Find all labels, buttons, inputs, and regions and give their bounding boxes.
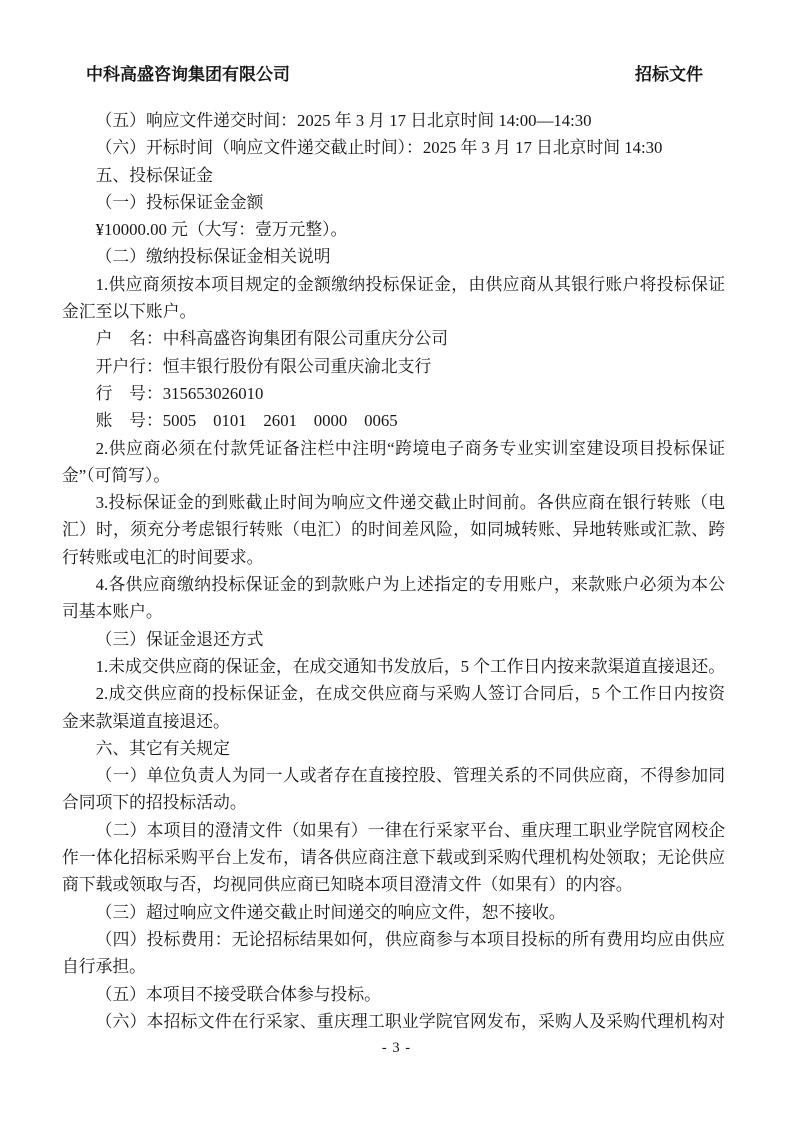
document-line: （三）超过响应文件递交截止时间递交的响应文件，恕不接收。 [62,899,725,926]
document-line: （六）开标时间（响应文件递交截止时间）：2025 年 3 月 17 日北京时间 … [62,134,725,161]
document-line: 汇）时，须充分考虑银行转账（电汇）的时间差风险，如同城转账、异地转账或汇款、跨 [62,516,725,543]
document-line: 自行承担。 [62,953,725,980]
document-line: 账 号：5005 0101 2601 0000 0065 [62,407,725,434]
document-line: 五、投标保证金 [62,162,725,189]
document-line: 行转账或电汇的时间要求。 [62,544,725,571]
document-line: 商下载或领取与否，均视同供应商已知晓本项目澄清文件（如果有）的内容。 [62,871,725,898]
document-line: （三）保证金退还方式 [62,626,725,653]
document-line: 六、其它有关规定 [62,735,725,762]
document-line: ¥10000.00 元（大写：壹万元整）。 [62,216,725,243]
document-line: （二）本项目的澄清文件（如果有）一律在行采家平台、重庆理工职业学院官网校企合 [62,817,725,844]
page-header: 中科高盛咨询集团有限公司 招标文件 [86,60,703,85]
document-line: （一）单位负责人为同一人或者存在直接控股、管理关系的不同供应商，不得参加同一 [62,762,725,789]
document-line: 1.未成交供应商的保证金，在成交通知书发放后，5 个工作日内按来款渠道直接退还。 [62,653,725,680]
document-line: 3.投标保证金的到账截止时间为响应文件递交截止时间前。各供应商在银行转账（电 [62,489,725,516]
document-line: 作一体化招标采购平台上发布，请各供应商注意下载或到采购代理机构处领取；无论供应 [62,844,725,871]
document-body: （五）响应文件递交时间：2025 年 3 月 17 日北京时间 14:00—14… [62,107,725,1035]
document-line: 司基本账户。 [62,598,725,625]
document-line: （二）缴纳投标保证金相关说明 [62,243,725,270]
document-line: 开户行：恒丰银行股份有限公司重庆渝北支行 [62,353,725,380]
document-line: 2.供应商必须在付款凭证备注栏中注明“跨境电子商务专业实训室建设项目投标保证 [62,435,725,462]
header-company-name: 中科高盛咨询集团有限公司 [86,60,290,85]
document-page: 中科高盛咨询集团有限公司 招标文件 （五）响应文件递交时间：2025 年 3 月… [0,0,793,1122]
document-line: 金汇至以下账户。 [62,298,725,325]
page-footer: - 3 - [0,1040,793,1057]
document-line: （四）投标费用：无论招标结果如何，供应商参与本项目投标的所有费用均应由供应商 [62,926,725,953]
document-line: 金来款渠道直接退还。 [62,708,725,735]
header-doc-type: 招标文件 [635,60,703,85]
document-line: 行 号：315653026010 [62,380,725,407]
document-line: （六）本招标文件在行采家、重庆理工职业学院官网发布，采购人及采购代理机构对任 [62,1008,725,1035]
document-line: 合同项下的招投标活动。 [62,789,725,816]
page-number: - 3 - [382,1040,411,1056]
document-line: （五）响应文件递交时间：2025 年 3 月 17 日北京时间 14:00—14… [62,107,725,134]
document-line: （五）本项目不接受联合体参与投标。 [62,981,725,1008]
document-line: 1.供应商须按本项目规定的金额缴纳投标保证金，由供应商从其银行账户将投标保证 [62,271,725,298]
document-line: 金”（可简写）。 [62,462,725,489]
document-line: 4.各供应商缴纳投标保证金的到款账户为上述指定的专用账户，来款账户必须为本公 [62,571,725,598]
document-line: （一）投标保证金金额 [62,189,725,216]
document-line: 2.成交供应商的投标保证金，在成交供应商与采购人签订合同后，5 个工作日内按资 [62,680,725,707]
document-line: 户 名：中科高盛咨询集团有限公司重庆分公司 [62,325,725,352]
